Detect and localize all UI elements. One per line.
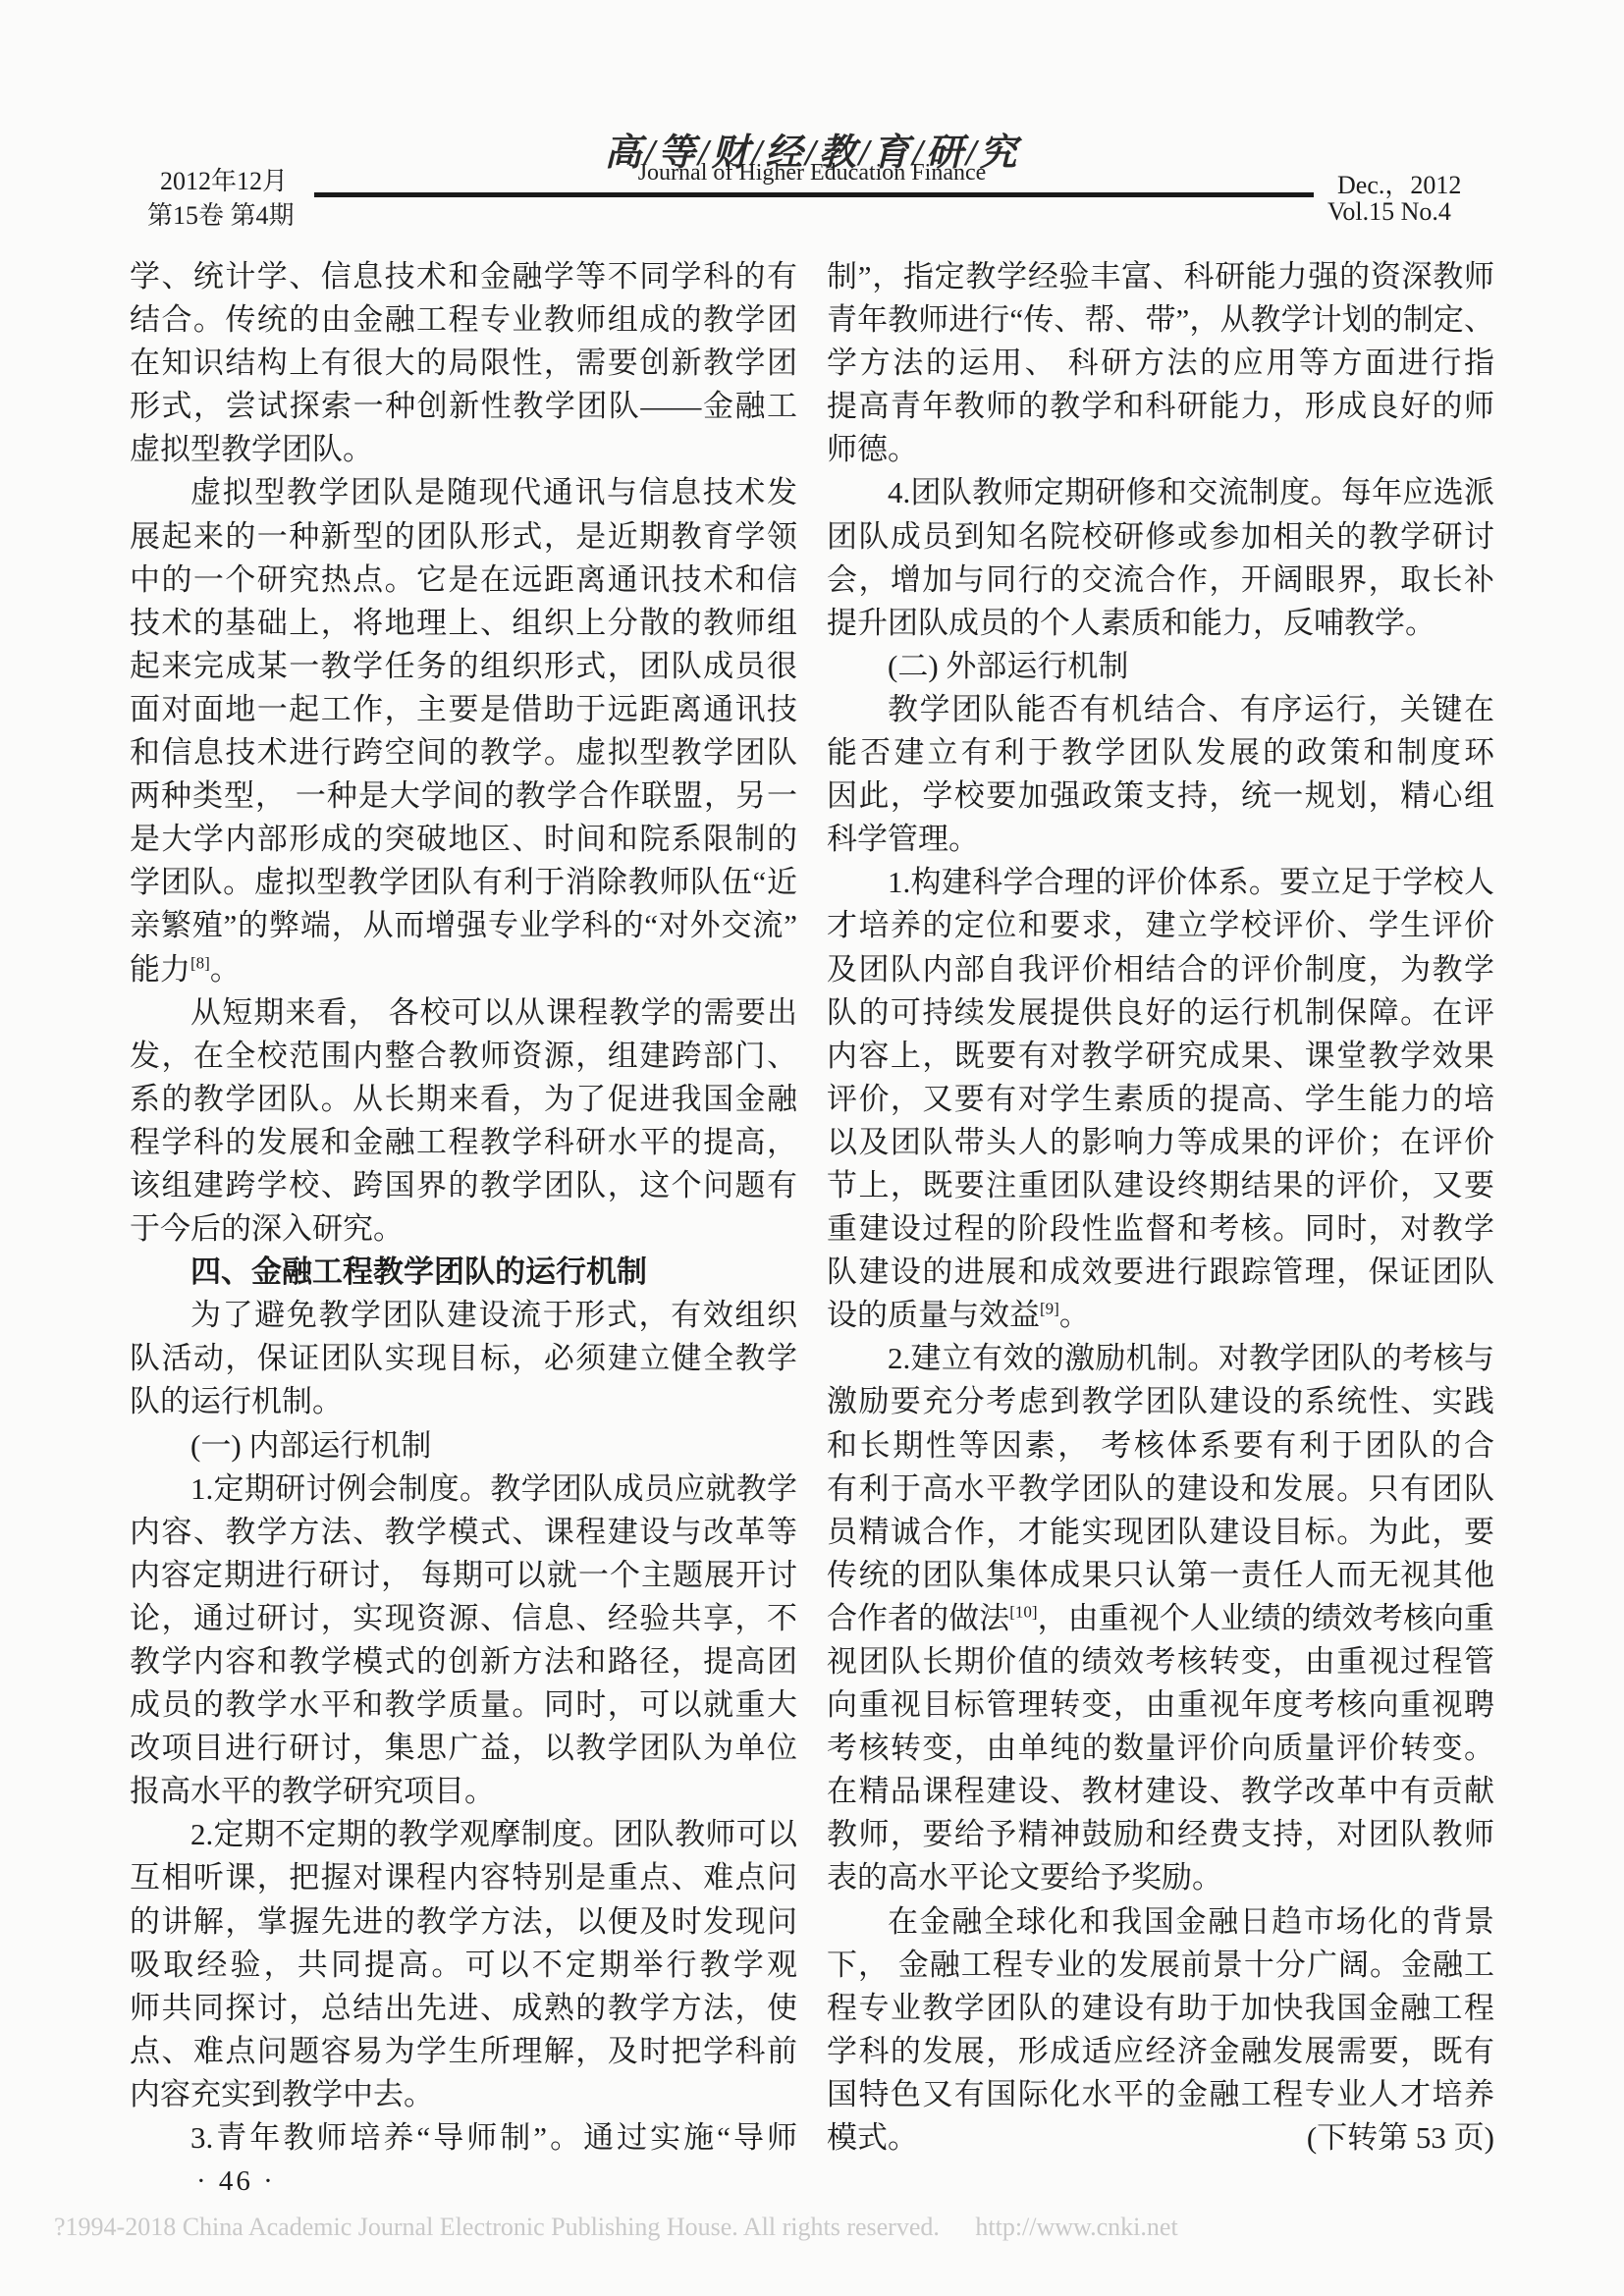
- text-line: 成员的教学水平和教学质量。同时，可以就重大教: [130, 1683, 797, 1727]
- text-line: 制”，指定教学经验丰富、科研能力强的资深教师对: [827, 255, 1494, 298]
- issue-volume-cn: 第15卷 第4期: [147, 195, 295, 232]
- text-line: 点、难点问题容易为学生所理解，及时把学科前沿: [130, 2030, 797, 2073]
- issue-date-cn: 2012年12月: [160, 161, 288, 197]
- text-line: 科学管理。: [827, 818, 1494, 861]
- text-line: 从短期来看， 各校可以从课程教学的需要出: [130, 991, 797, 1035]
- text-line: 师共同探讨，总结出先进、成熟的教学方法，使重: [130, 1987, 797, 2030]
- text-line: 改项目进行研讨，集思广益，以教学团队为单位申: [130, 1727, 797, 1770]
- text-line: 吸取经验，共同提高。可以不定期举行教学观摩，教: [130, 1944, 797, 1987]
- text-line: 以及团队带头人的影响力等成果的评价；在评价环: [827, 1121, 1494, 1164]
- text-line: 1.定期研讨例会制度。教学团队成员应就教学: [130, 1468, 797, 1511]
- text-line: 技术的基础上，将地理上、组织上分散的教师组织: [130, 602, 797, 645]
- text-line: 队的运行机制。: [130, 1380, 797, 1423]
- text-line: 论，通过研讨，实现资源、信息、经验共享，不断探索: [130, 1597, 797, 1640]
- continuation-note: (下转第 53 页): [1307, 2116, 1494, 2160]
- text-line: 队的可持续发展提供良好的运行机制保障。在评价: [827, 991, 1494, 1035]
- text-line: 和信息技术进行跨空间的教学。虚拟型教学团队有: [130, 731, 797, 774]
- text-line: 亲繁殖”的弊端，从而增强专业学科的“对外交流”: [130, 904, 797, 947]
- text-line: 程学科的发展和金融工程教学科研水平的提高，应: [130, 1121, 797, 1164]
- text-line: 表的高水平论文要给予奖励。: [827, 1856, 1494, 1899]
- section-heading-line: 四、金融工程教学团队的运行机制: [130, 1251, 797, 1294]
- page-number: · 46 ·: [196, 2165, 276, 2198]
- text-line: 2.定期不定期的教学观摩制度。团队教师可以: [130, 1813, 797, 1856]
- right-text-column: 制”，指定教学经验丰富、科研能力强的资深教师对青年教师进行“传、帮、带”，从教学…: [827, 255, 1494, 2160]
- text-line: 报高水平的教学研究项目。: [130, 1770, 797, 1813]
- text-line: 团队成员到知名院校研修或参加相关的教学研讨: [827, 515, 1494, 559]
- text-line: 传统的团队集体成果只认第一责任人而无视其他: [827, 1554, 1494, 1597]
- text-line: 起来完成某一教学任务的组织形式，团队成员很少: [130, 645, 797, 688]
- text-line: 学方法的运用、 科研方法的应用等方面进行指导，: [827, 342, 1494, 385]
- header-rule-divider: [314, 192, 1314, 197]
- text-line: 能力[8]。: [130, 948, 797, 991]
- text-line: 考核转变，由单纯的数量评价向质量评价转变。对: [827, 1727, 1494, 1770]
- text-line: 教学团队能否有机结合、有序运行，关键在于: [827, 688, 1494, 731]
- text-line: 互相听课，把握对课程内容特别是重点、难点问题: [130, 1856, 797, 1899]
- text-line: 虚拟型教学团队。: [130, 428, 797, 471]
- text-line: 学科的发展，形成适应经济金融发展需要，既有中: [827, 2030, 1494, 2073]
- text-line: 展起来的一种新型的团队形式，是近期教育学领域: [130, 515, 797, 559]
- copyright-text: ?1994-2018 China Academic Journal Electr…: [54, 2213, 940, 2241]
- text-line: 重建设过程的阶段性监督和考核。同时，对教学团: [827, 1207, 1494, 1251]
- text-line: 虚拟型教学团队是随现代通讯与信息技术发: [130, 471, 797, 514]
- text-line: 评价，又要有对学生素质的提高、学生能力的培养: [827, 1078, 1494, 1121]
- text-line: 内容上，既要有对教学研究成果、课堂教学效果的: [827, 1035, 1494, 1078]
- text-line: 青年教师进行“传、帮、带”，从教学计划的制定、教: [827, 298, 1494, 342]
- text-line: 在精品课程建设、教材建设、教学改革中有贡献的: [827, 1770, 1494, 1813]
- text-line: (二) 外部运行机制: [827, 645, 1494, 688]
- issue-date-en: Dec.，2012: [1337, 165, 1461, 201]
- text-line: 提高青年教师的教学和科研能力，形成良好的师风: [827, 385, 1494, 428]
- text-line: 面对面地一起工作，主要是借助于远距离通讯技术: [130, 688, 797, 731]
- text-line: 系的教学团队。从长期来看，为了促进我国金融工: [130, 1078, 797, 1121]
- text-line: 教学内容和教学模式的创新方法和路径，提高团队: [130, 1640, 797, 1683]
- left-text-column: 学、统计学、信息技术和金融学等不同学科的有机结合。传统的由金融工程专业教师组成的…: [130, 255, 797, 2160]
- text-line: 中的一个研究热点。它是在远距离通讯技术和信息: [130, 559, 797, 602]
- journal-page: { "header": { "journal_title_cn": "高/等/财…: [0, 0, 1624, 2296]
- text-line: 激励要充分考虑到教学团队建设的系统性、实践性: [827, 1380, 1494, 1423]
- text-line: 师德。: [827, 428, 1494, 471]
- text-line: 学、统计学、信息技术和金融学等不同学科的有机: [130, 255, 797, 298]
- text-line: 1.构建科学合理的评价体系。要立足于学校人: [827, 861, 1494, 904]
- text-line: 员精诚合作，才能实现团队建设目标。为此，要改革: [827, 1511, 1494, 1554]
- text-line: 该组建跨学校、跨国界的教学团队，这个问题有待: [130, 1164, 797, 1207]
- text-line: (一) 内部运行机制: [130, 1424, 797, 1468]
- text-line: 模式。(下转第 53 页): [827, 2116, 1494, 2160]
- issue-volume-en: Vol.15 No.4: [1327, 197, 1451, 227]
- text-line: 向重视目标管理转变，由重视年度考核向重视聘期: [827, 1683, 1494, 1727]
- text-line: 视团队长期价值的绩效考核转变，由重视过程管理: [827, 1640, 1494, 1683]
- text-line: 国特色又有国际化水平的金融工程专业人才培养: [827, 2073, 1494, 2116]
- text-line: 两种类型， 一种是大学间的教学合作联盟，另一种: [130, 774, 797, 818]
- text-line: 的讲解，掌握先进的教学方法，以便及时发现问题，: [130, 1900, 797, 1944]
- text-line: 教师，要给予精神鼓励和经费支持，对团队教师发: [827, 1813, 1494, 1856]
- text-line: 形式，尝试探索一种创新性教学团队——金融工程: [130, 385, 797, 428]
- cnki-url: http://www.cnki.net: [975, 2213, 1177, 2241]
- text-line: 才培养的定位和要求，建立学校评价、学生评价以: [827, 904, 1494, 947]
- text-line: 学团队。虚拟型教学团队有利于消除教师队伍“近: [130, 861, 797, 904]
- text-line: 因此，学校要加强政策支持，统一规划，精心组织，: [827, 774, 1494, 818]
- text-line: 节上，既要注重团队建设终期结果的评价，又要注: [827, 1164, 1494, 1207]
- text-line: 能否建立有利于教学团队发展的政策和制度环境。: [827, 731, 1494, 774]
- text-line: 于今后的深入研究。: [130, 1207, 797, 1251]
- text-line: 为了避免教学团队建设流于形式，有效组织团: [130, 1294, 797, 1337]
- text-line: 结合。传统的由金融工程专业教师组成的教学团队: [130, 298, 797, 342]
- text-line: 内容定期进行研讨， 每期可以就一个主题展开讨: [130, 1554, 797, 1597]
- text-line: 程专业教学团队的建设有助于加快我国金融工程: [827, 1987, 1494, 2030]
- text-line: 有利于高水平教学团队的建设和发展。只有团队成: [827, 1468, 1494, 1511]
- text-line: 设的质量与效益[9]。: [827, 1294, 1494, 1337]
- text-line: 4.团队教师定期研修和交流制度。每年应选派: [827, 471, 1494, 514]
- paragraph-end-text: 模式。: [827, 2116, 918, 2160]
- text-line: 是大学内部形成的突破地区、时间和院系限制的教: [130, 818, 797, 861]
- text-line: 在金融全球化和我国金融日趋市场化的背景: [827, 1900, 1494, 1944]
- text-line: 发，在全校范围内整合教师资源，组建跨部门、跨院: [130, 1035, 797, 1078]
- text-line: 队建设的进展和成效要进行跟踪管理，保证团队建: [827, 1251, 1494, 1294]
- text-line: 队活动，保证团队实现目标，必须建立健全教学团: [130, 1337, 797, 1380]
- text-line: 在知识结构上有很大的局限性，需要创新教学团队: [130, 342, 797, 385]
- text-line: 及团队内部自我评价相结合的评价制度，为教学团: [827, 948, 1494, 991]
- text-line: 会，增加与同行的交流合作，开阔眼界，取长补短，: [827, 559, 1494, 602]
- text-line: 内容充实到教学中去。: [130, 2073, 797, 2116]
- text-line: 合作者的做法[10]，由重视个人业绩的绩效考核向重: [827, 1597, 1494, 1640]
- text-line: 提升团队成员的个人素质和能力，反哺教学。: [827, 602, 1494, 645]
- text-line: 2.建立有效的激励机制。对教学团队的考核与: [827, 1337, 1494, 1380]
- text-line: 下， 金融工程专业的发展前景十分广阔。金融工: [827, 1944, 1494, 1987]
- copyright-watermark: ?1994-2018 China Academic Journal Electr…: [54, 2213, 1178, 2242]
- text-line: 和长期性等因素， 考核体系要有利于团队的合作，: [827, 1424, 1494, 1468]
- text-line: 内容、教学方法、教学模式、课程建设与改革等相关: [130, 1511, 797, 1554]
- text-line: 3.青年教师培养“导师制”。通过实施“导师: [130, 2116, 797, 2160]
